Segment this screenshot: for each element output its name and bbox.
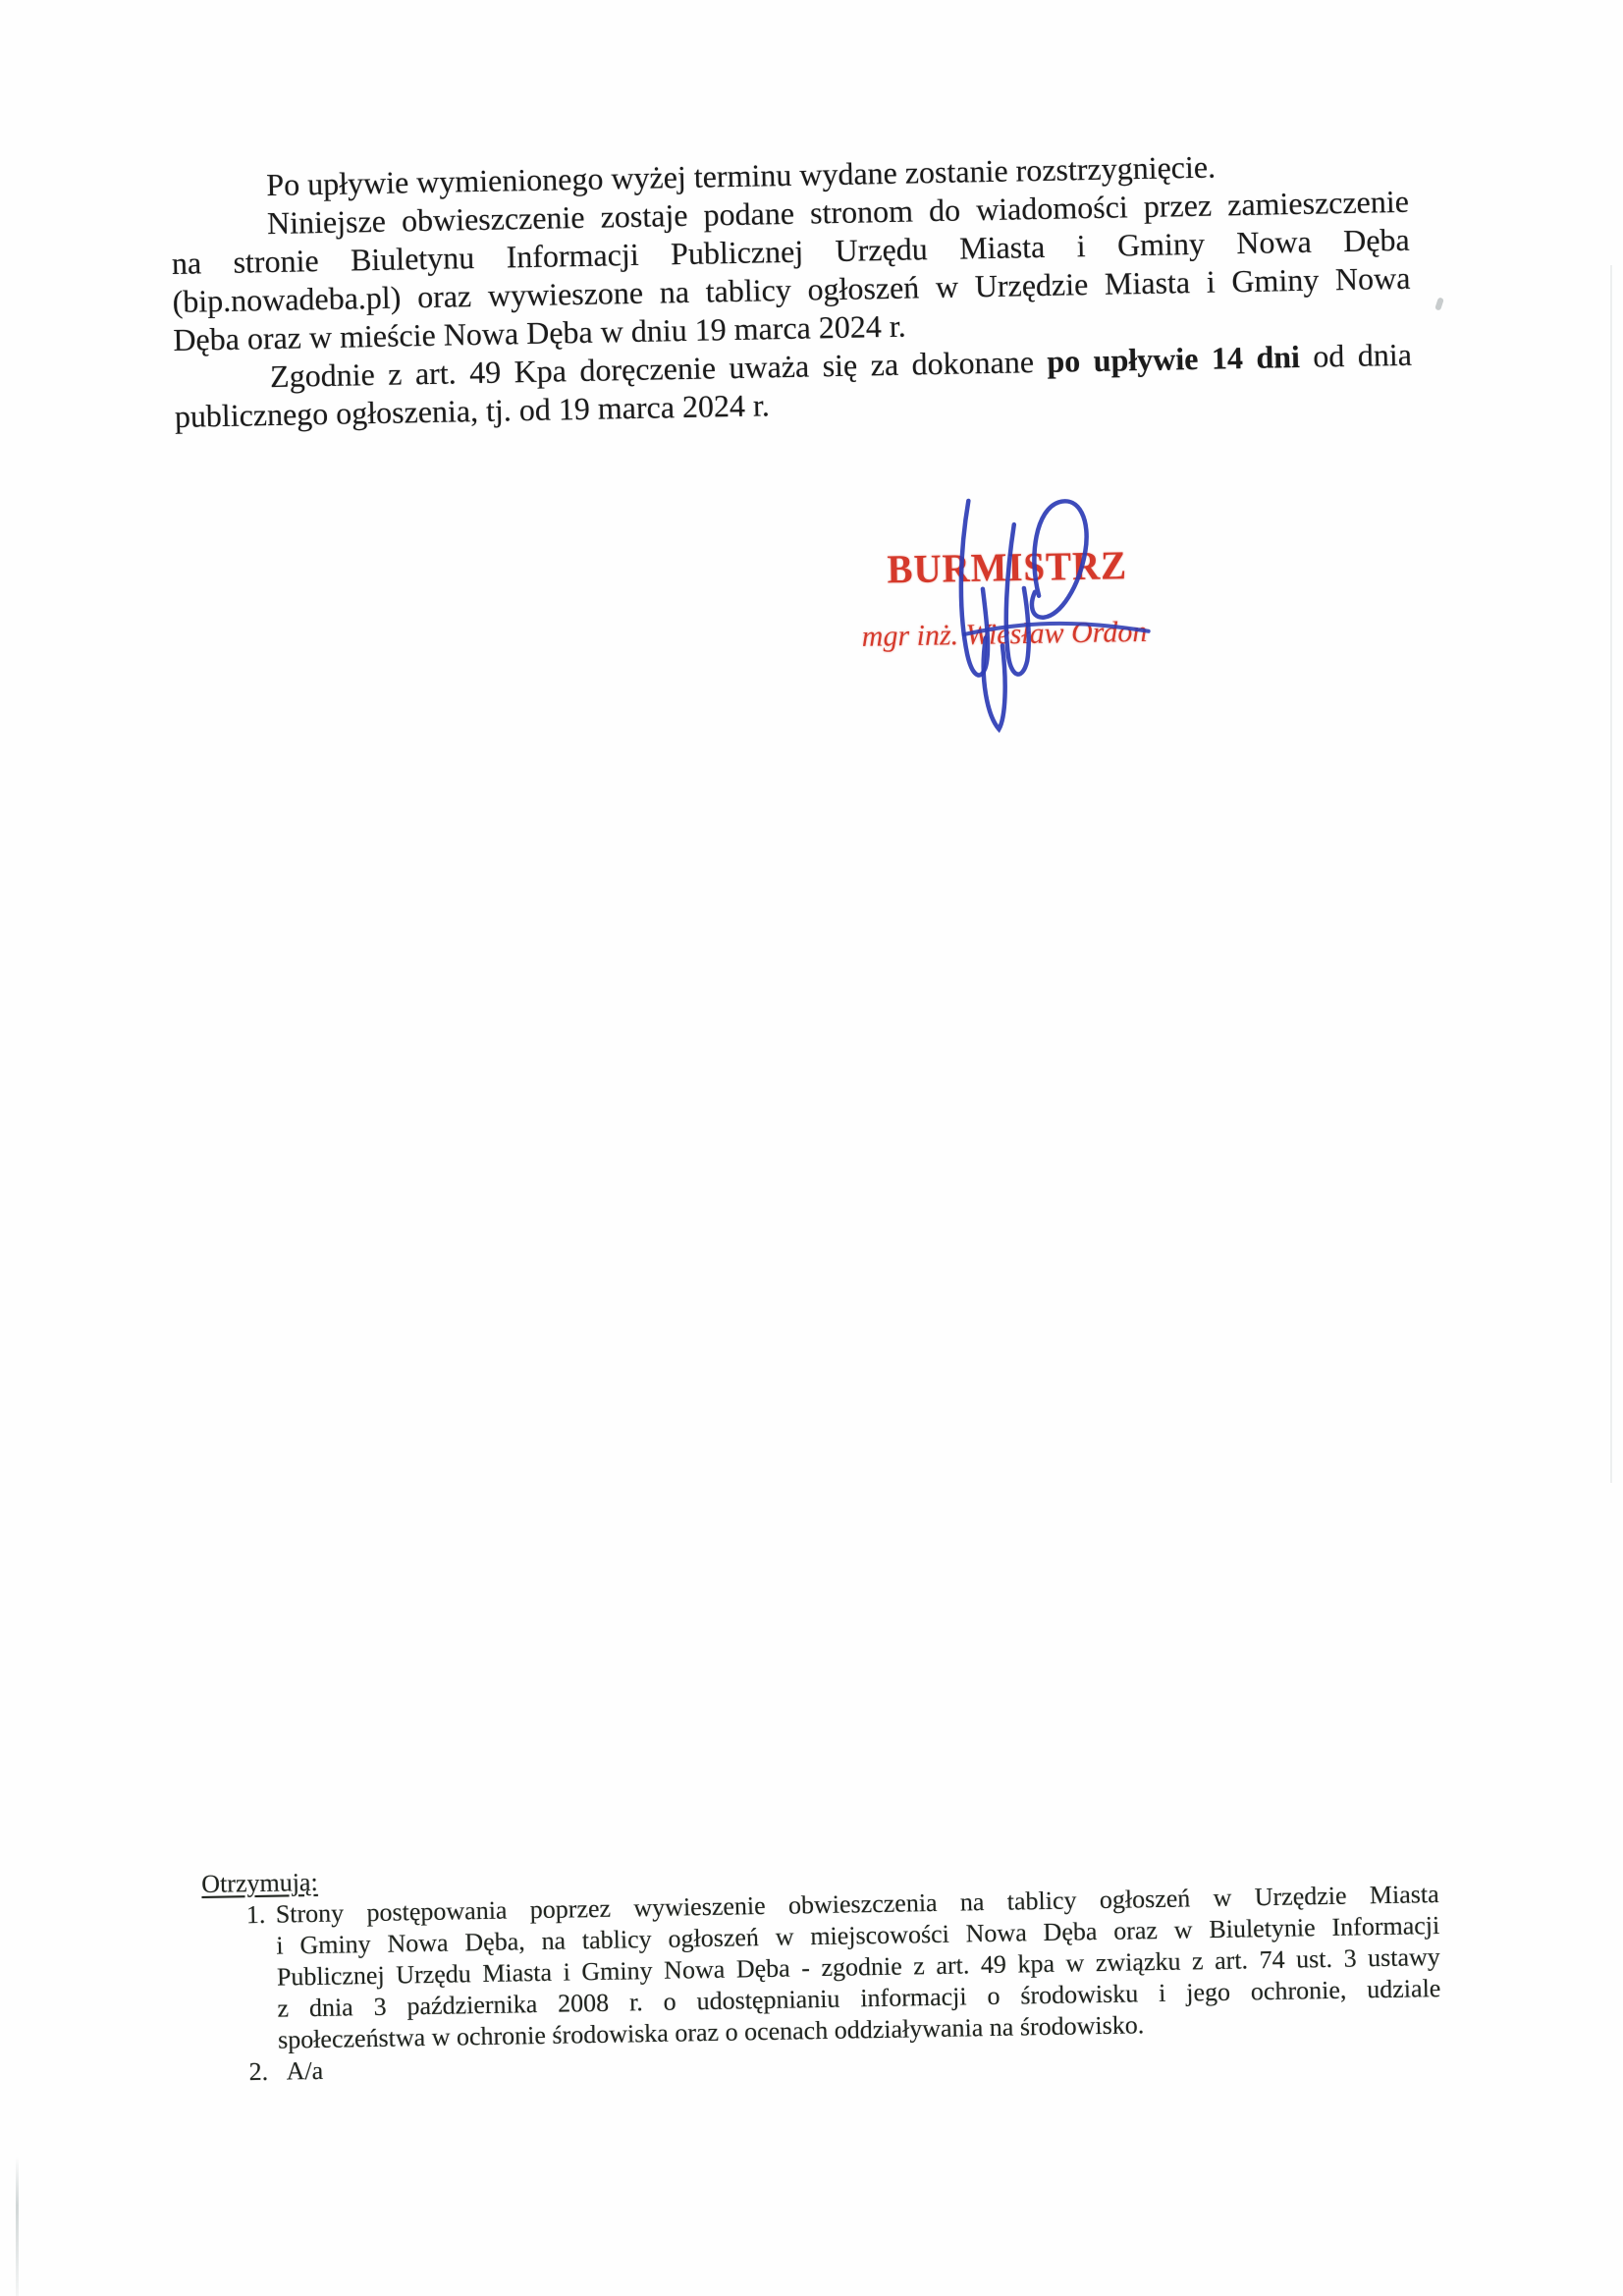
scan-artifact-right-line bbox=[1610, 265, 1612, 1483]
body-paragraphs: Po upływie wymienionego wyżej terminu wy… bbox=[170, 144, 1413, 436]
mayor-stamp: BURMISTRZ mgr inż. Wiesław Ordon bbox=[854, 532, 1192, 784]
list-item-text: Strony postępowania poprzez wywieszenie … bbox=[276, 1879, 1442, 2056]
list-item-number: 2. bbox=[248, 2055, 287, 2088]
distribution-heading: Otrzymują: bbox=[201, 1867, 318, 1900]
handwritten-signature bbox=[932, 476, 1163, 736]
bold-deadline-text: po upływie 14 dni bbox=[1047, 339, 1300, 379]
list-item: 1. Strony postępowania poprzez wywieszen… bbox=[246, 1879, 1444, 2056]
body-line-segment: od dnia bbox=[1299, 337, 1412, 374]
list-item-number: 1. bbox=[246, 1898, 279, 2055]
scan-artifact-speck bbox=[1434, 297, 1444, 310]
scan-artifact-left-line bbox=[16, 2157, 19, 2296]
distribution-list: Otrzymują: 1. Strony postępowania poprze… bbox=[201, 1847, 1444, 2089]
scanned-document-page: Po upływie wymienionego wyżej terminu wy… bbox=[0, 0, 1623, 2296]
